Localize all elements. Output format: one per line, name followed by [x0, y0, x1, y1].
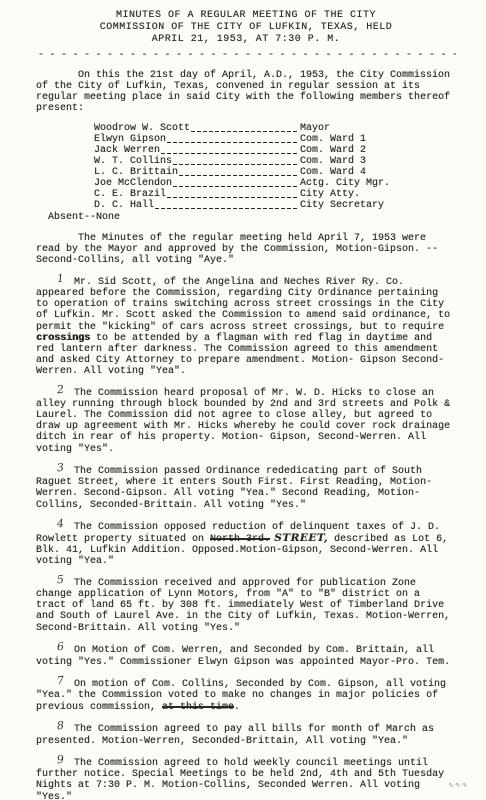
dash-leader [173, 186, 299, 187]
minutes-approval-paragraph: The Minutes of the regular meeting held … [36, 233, 456, 266]
dash-leader [173, 164, 299, 165]
minutes-item-5: 5The Commission received and approved fo… [36, 576, 456, 634]
title-line-2: COMMISSION OF THE CITY OF LUFKIN, TEXAS,… [36, 22, 456, 34]
item-number-handwritten: 5 [35, 574, 64, 587]
item-text-segment: The Commission agreed to pay all bills f… [36, 724, 434, 747]
item-text-segment: . [234, 702, 240, 713]
member-role: Com. Ward 1 [300, 134, 412, 145]
minutes-item-2: 2The Commission heard proposal of Mr. W.… [36, 386, 456, 455]
minutes-item-9: 9The Commission agreed to hold weekly co… [36, 756, 456, 800]
roster-row: D. C. Hall City Secretary [94, 200, 412, 211]
member-name: L. C. Brittain [94, 167, 178, 178]
item-text-segment: The Commission passed Ordinance rededica… [36, 466, 432, 511]
member-name: Elwyn Gipson [94, 134, 166, 145]
item-number-handwritten: 1 [35, 273, 64, 286]
item-text-segment: On motion of Com. Collins, Seconded by C… [36, 679, 446, 713]
roster-row: Woodrow W. Scott Mayor [94, 123, 412, 134]
minutes-item-4: 4The Commission opposed reduction of del… [36, 520, 456, 567]
item-text-segment: Mr. Sid Scott, of the Angelina and Neche… [36, 277, 450, 333]
item-text-struck: at this time [162, 702, 234, 713]
item-text-segment: The Commission agreed to hold weekly cou… [36, 758, 444, 800]
roster-row: C. E. Brazil City Atty. [94, 189, 412, 200]
item-number-handwritten: 7 [35, 675, 64, 688]
title-line-1: MINUTES OF A REGULAR MEETING OF THE CITY [36, 10, 456, 22]
member-role: Com. Ward 2 [300, 145, 412, 156]
document-content: MINUTES OF A REGULAR MEETING OF THE CITY… [0, 0, 486, 800]
item-text-segment: The Commission received and approved for… [36, 578, 450, 634]
member-name: D. C. Hall [94, 200, 154, 211]
document-page: MINUTES OF A REGULAR MEETING OF THE CITY… [0, 0, 486, 800]
item-number-handwritten: 2 [35, 384, 64, 397]
member-role: City Secretary [300, 200, 412, 211]
document-title: MINUTES OF A REGULAR MEETING OF THE CITY… [36, 10, 456, 46]
roster-row: Elwyn Gipson Com. Ward 1 [94, 134, 412, 145]
dash-leader [167, 197, 299, 198]
dash-leader [161, 153, 299, 154]
minutes-item-6: 6On Motion of Com. Werren, and Seconded … [36, 643, 456, 668]
members-roster: Woodrow W. Scott Mayor Elwyn Gipson Com.… [94, 123, 412, 211]
member-role: Com. Ward 3 [300, 156, 412, 167]
minutes-item-8: 8The Commission agreed to pay all bills … [36, 722, 456, 747]
minutes-item-7: 7On motion of Com. Collins, Seconded by … [36, 677, 456, 713]
item-text-inserted: STREET, [270, 532, 328, 544]
member-name: Woodrow W. Scott [94, 123, 190, 134]
dashed-separator: -------------------------------------- [38, 49, 456, 63]
item-number-handwritten: 8 [35, 720, 64, 733]
member-role: City Atty. [300, 189, 412, 200]
item-number-handwritten: 4 [35, 518, 64, 531]
member-role: Actg. City Mgr. [300, 178, 412, 189]
dash-leader [179, 175, 299, 176]
corner-scribble-mark: ∿∿∿ [447, 781, 468, 792]
absent-line: Absent--None [48, 212, 456, 223]
item-number-handwritten: 3 [35, 462, 64, 475]
item-number-handwritten: 6 [35, 641, 64, 654]
member-role: Com. Ward 4 [300, 167, 412, 178]
title-line-3: APRIL 21, 1953, AT 7:30 P. M. [36, 34, 456, 46]
roster-row: L. C. Brittain Com. Ward 4 [94, 167, 412, 178]
item-number-handwritten: 9 [35, 754, 64, 767]
dash-leader [167, 142, 299, 143]
roster-row: W. T. Collins Com. Ward 3 [94, 156, 412, 167]
member-name: W. T. Collins [94, 156, 172, 167]
minutes-item-3: 3The Commission passed Ordinance rededic… [36, 464, 456, 511]
member-name: Jack Werren [94, 145, 160, 156]
item-text-segment: to be attended by a flagman with red fla… [36, 333, 444, 377]
dash-leader [191, 131, 299, 132]
roster-row: Joe McClendon Actg. City Mgr. [94, 178, 412, 189]
dash-leader [155, 208, 299, 209]
item-text-overtyped: crossings [36, 333, 90, 344]
roster-row: Jack Werren Com. Ward 2 [94, 145, 412, 156]
minutes-item-1: 1Mr. Sid Scott, of the Angelina and Nech… [36, 275, 456, 377]
member-name: C. E. Brazil [94, 189, 166, 200]
member-role: Mayor [300, 123, 412, 134]
item-text-struck: North 3rd. [210, 534, 270, 545]
item-text-segment: On Motion of Com. Werren, and Seconded b… [36, 645, 450, 668]
item-text-segment: The Commission heard proposal of Mr. W. … [36, 388, 450, 455]
member-name: Joe McClendon [94, 178, 172, 189]
intro-paragraph: On this the 21st day of April, A.D., 195… [36, 70, 456, 114]
